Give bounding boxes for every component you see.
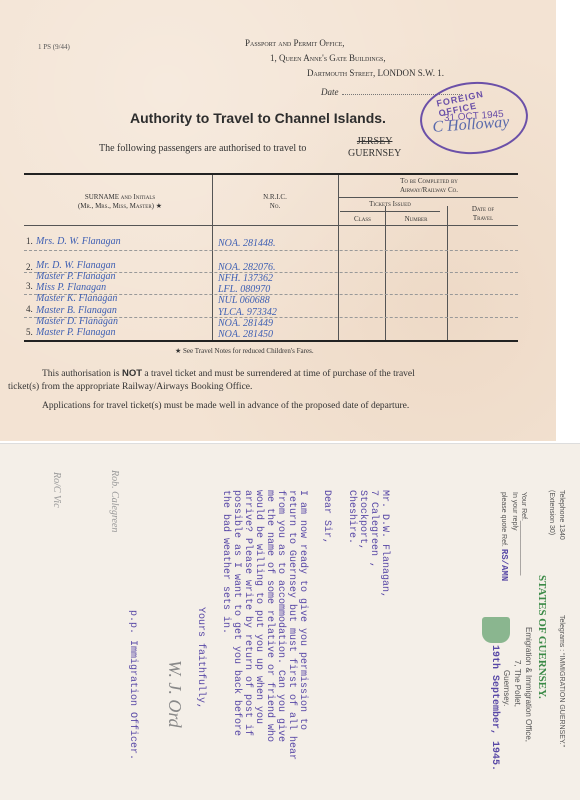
signature: W. J. Ord: [164, 660, 185, 728]
passenger-name: Mr. D. W. Flanagan: [36, 260, 116, 271]
application-notice: Applications for travel ticket(s) must b…: [8, 400, 418, 413]
header-rule: [340, 211, 440, 212]
extension: (Extension 30): [548, 490, 555, 535]
passenger-nric: NFH. 137362: [218, 273, 273, 284]
passenger-name: Master P. Flanagan: [36, 327, 116, 338]
authorised-line: The following passengers are authorised …: [99, 143, 306, 154]
not-a-ticket-notice: This authorisation is NOT a travel ticke…: [8, 367, 418, 394]
your-ref: Your Ref.______________: [520, 492, 527, 575]
office-address: Passport and Permit Office, 1, Queen Ann…: [245, 36, 444, 81]
table-top-rule: [24, 173, 518, 175]
passenger-name: Master B. Flanagan: [36, 305, 117, 316]
passenger-name: Miss P. Flanagan: [36, 282, 106, 293]
header-tickets-issued: Tickets Issued: [340, 200, 440, 209]
pencil-note: Rob. Calegreen: [109, 470, 120, 532]
col-divider: [385, 206, 386, 340]
body-line: the bad weather sets in.: [220, 490, 231, 634]
body-line: possible as I want to get you back befor…: [231, 490, 242, 736]
office-line-3: Dartmouth Street, LONDON S.W. 1.: [245, 66, 444, 81]
stamp-signature: C Holloway: [432, 114, 510, 137]
office-line-2: 1, Queen Anne's Gate Buildings,: [245, 51, 444, 66]
addressee-line: Cheshire.: [346, 490, 357, 544]
passenger-nric: LFL. 080970: [218, 284, 270, 295]
addressee-line: Mr. D.W. Flanagan,: [379, 490, 390, 598]
body-line: from you as to accommodation. Can you gi…: [275, 490, 286, 742]
body-line: I am now ready to give you permission to: [297, 490, 308, 730]
body-line: me the name of some relative or friend w…: [264, 490, 275, 742]
destination: JERSEY GUERNSEY: [348, 136, 401, 160]
row-number: 4.: [26, 304, 33, 314]
quote-ref: please quote Ref. RS/AMN: [498, 492, 509, 581]
destination-selected: GUERNSEY: [348, 148, 401, 160]
salutation: Dear Sir,: [321, 490, 332, 544]
date-label: Date: [321, 87, 339, 97]
passenger-name: Master P. Flanagan: [36, 271, 116, 282]
form-code: 1 PS (9/44): [38, 43, 70, 51]
header-class: Class: [340, 215, 385, 224]
row-number: 1.: [26, 236, 33, 246]
header-nric: N.R.I.C.No.: [215, 193, 335, 211]
office-line-2: 7, The Pollet,: [513, 660, 522, 707]
passenger-name: Master K. Flanagan: [36, 293, 117, 304]
col-divider: [447, 206, 448, 340]
pencil-note: Ro/C Vic: [51, 472, 62, 508]
travel-authority-form: 1 PS (9/44) Passport and Permit Office, …: [0, 0, 556, 441]
passenger-name: Mrs. D. W. Flanagan: [36, 236, 121, 247]
row-rule: [24, 250, 518, 251]
header-bottom-rule: [24, 225, 518, 226]
passenger-nric: NOA. 281449: [218, 318, 273, 329]
addressee-line: Stockport,: [357, 490, 368, 550]
footnote: ★ See Travel Notes for reduced Children'…: [175, 347, 314, 355]
header-rule: [338, 197, 518, 198]
closing: Yours faithfully,: [195, 607, 206, 709]
row-number: 2.: [26, 262, 33, 272]
passenger-nric: NOA. 281448.: [218, 238, 276, 249]
addressee-line: 7 Calegreen ,: [368, 490, 379, 568]
body-line: would be willing to put you up when you: [253, 490, 264, 724]
letter-date: 19th September, 1945.: [489, 645, 500, 771]
states-of-guernsey: STATES OF GUERNSEY.: [536, 575, 548, 699]
header-completed-by: To be Completed byAirway/Railway Co.: [340, 177, 518, 195]
table-bottom-rule: [24, 340, 518, 342]
passenger-nric: NUL 060688: [218, 295, 270, 306]
signatory: p.p. Immigration Officer.: [127, 610, 138, 760]
body-line: arrive? Please write by return of post i…: [242, 490, 253, 736]
office-line-1: Passport and Permit Office,: [245, 36, 444, 51]
destination-struck: JERSEY: [348, 136, 401, 148]
telephone: Telephone 1340: [558, 490, 565, 540]
in-reply: In your reply: [511, 492, 518, 531]
header-date-of-travel: Date ofTravel: [448, 205, 518, 223]
row-number: 5.: [26, 327, 33, 337]
telegrams: Telegrams : “IMMIGRATION GUERNSEY.”: [558, 615, 565, 747]
quote-ref-value: RS/AMN: [499, 549, 509, 581]
passenger-nric: YLCA. 973342: [218, 307, 277, 318]
header-number: Number: [386, 215, 446, 224]
header-surname: SURNAME and Initials(Mr., Mrs., Miss, Ma…: [40, 193, 200, 211]
passenger-name: Master D. Flanagan: [36, 316, 118, 327]
col-divider: [212, 175, 213, 340]
form-title: Authority to Travel to Channel Islands.: [130, 110, 386, 126]
passenger-nric: NOA. 281450: [218, 329, 273, 340]
body-line: return to Guernsey but must first of all…: [286, 490, 297, 760]
office-line-1: Emigration & Immigration Office,: [524, 627, 533, 742]
col-divider: [338, 175, 339, 340]
row-number: 3.: [26, 281, 33, 291]
office-line-3: Guernsey.: [502, 670, 511, 706]
guernsey-crest-icon: [482, 617, 510, 643]
passenger-nric: NOA. 282076.: [218, 262, 276, 273]
